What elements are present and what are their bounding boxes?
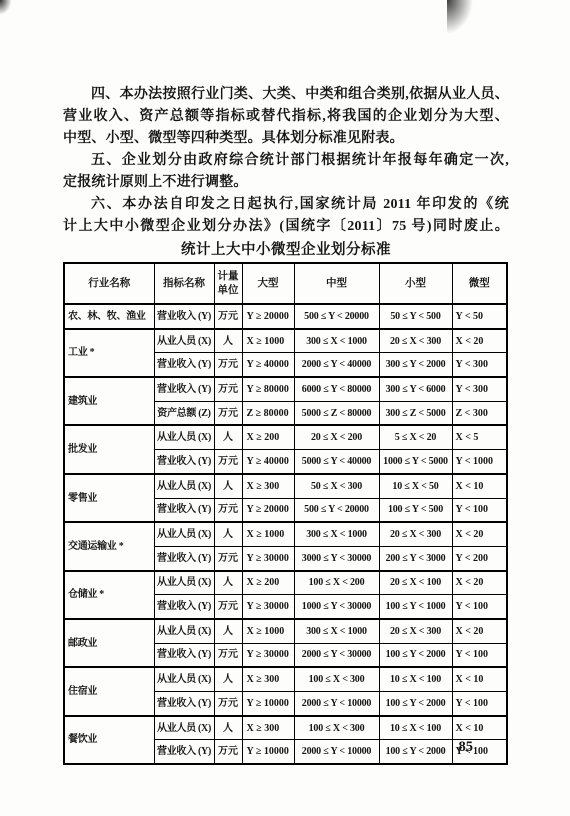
unit-cell: 万元 (214, 450, 242, 474)
micro-cell: Y < 100 (452, 595, 507, 619)
micro-cell: Y < 300 (452, 353, 507, 377)
micro-cell: X < 20 (452, 571, 507, 595)
large-cell: X ≥ 1000 (242, 619, 294, 643)
medium-cell: 300 ≤ X < 1000 (294, 619, 379, 643)
unit-cell: 万元 (214, 304, 242, 329)
classification-table: 行业名称指标名称计量单位大型中型小型微型 农、林、牧、渔业营业收入 (Y)万元Y… (63, 262, 508, 765)
column-header-4: 中型 (294, 263, 379, 304)
industry-name-cell: 交通运输业 * (64, 522, 154, 570)
large-cell: X ≥ 200 (242, 425, 294, 449)
unit-cell: 人 (214, 425, 242, 449)
unit-cell: 人 (214, 619, 242, 643)
large-cell: X ≥ 300 (242, 474, 294, 498)
micro-cell: X < 20 (452, 619, 507, 643)
column-header-1: 指标名称 (154, 263, 214, 304)
medium-cell: 500 ≤ Y < 20000 (294, 304, 379, 329)
table-row: 零售业从业人员 (X)人X ≥ 30050 ≤ X < 30010 ≤ X < … (64, 474, 507, 498)
industry-name-cell: 住宿业 (64, 667, 154, 715)
small-cell: 200 ≤ Y < 3000 (379, 546, 452, 570)
indicator-cell: 从业人员 (X) (154, 571, 214, 595)
industry-name-cell: 工业 * (64, 329, 154, 377)
unit-cell: 万元 (214, 546, 242, 570)
large-cell: X ≥ 200 (242, 571, 294, 595)
unit-cell: 万元 (214, 692, 242, 716)
table-row: 农、林、牧、渔业营业收入 (Y)万元Y ≥ 20000500 ≤ Y < 200… (64, 304, 507, 329)
indicator-cell: 从业人员 (X) (154, 474, 214, 498)
indicator-cell: 资产总额 (Z) (154, 401, 214, 425)
industry-name-cell: 批发业 (64, 425, 154, 473)
indicator-cell: 从业人员 (X) (154, 667, 214, 691)
table-title: 统计上大中小微型企业划分标准 (63, 239, 509, 261)
small-cell: 5 ≤ X < 20 (379, 425, 452, 449)
large-cell: Y ≥ 80000 (242, 377, 294, 401)
indicator-cell: 营业收入 (Y) (154, 498, 214, 522)
small-cell: 100 ≤ Y < 500 (379, 498, 452, 522)
unit-cell: 人 (214, 667, 242, 691)
scan-smudge-icon (447, 0, 473, 34)
unit-cell: 万元 (214, 353, 242, 377)
micro-cell: Y < 100 (452, 692, 507, 716)
scan-smudge-icon (0, 0, 11, 14)
medium-cell: 2000 ≤ Y < 10000 (294, 692, 379, 716)
industry-name-cell: 仓储业 * (64, 571, 154, 619)
industry-name-cell: 建筑业 (64, 377, 154, 425)
large-cell: X ≥ 1000 (242, 522, 294, 546)
large-cell: X ≥ 1000 (242, 329, 294, 353)
paragraph-line: 计上大中小微型企业划分办法》(国统字〔2011〕75 号)同时废止。 (63, 216, 509, 238)
medium-cell: 1000 ≤ Y < 30000 (294, 595, 379, 619)
indicator-cell: 从业人员 (X) (154, 522, 214, 546)
large-cell: Y ≥ 30000 (242, 595, 294, 619)
medium-cell: 5000 ≤ Y < 40000 (294, 450, 379, 474)
large-cell: Y ≥ 20000 (242, 498, 294, 522)
small-cell: 50 ≤ Y < 500 (379, 304, 452, 329)
table-row: 批发业从业人员 (X)人X ≥ 20020 ≤ X < 2005 ≤ X < 2… (64, 425, 507, 449)
indicator-cell: 从业人员 (X) (154, 425, 214, 449)
small-cell: 20 ≤ X < 300 (379, 619, 452, 643)
medium-cell: 5000 ≤ Z < 80000 (294, 401, 379, 425)
table-row: 工业 *从业人员 (X)人X ≥ 1000300 ≤ X < 100020 ≤ … (64, 329, 507, 353)
micro-cell: Y < 1000 (452, 450, 507, 474)
unit-cell: 人 (214, 522, 242, 546)
large-cell: Y ≥ 20000 (242, 304, 294, 329)
indicator-cell: 营业收入 (Y) (154, 595, 214, 619)
large-cell: Y ≥ 40000 (242, 450, 294, 474)
table-row: 仓储业 *从业人员 (X)人X ≥ 200100 ≤ X < 20020 ≤ X… (64, 571, 507, 595)
paragraph-line: 六、本办法自印发之日起执行,国家统计局 2011 年印发的《统 (63, 194, 509, 216)
unit-cell: 万元 (214, 595, 242, 619)
small-cell: 100 ≤ Y < 2000 (379, 643, 452, 667)
unit-cell: 万元 (214, 377, 242, 401)
small-cell: 20 ≤ X < 300 (379, 329, 452, 353)
table-row: 住宿业从业人员 (X)人X ≥ 300100 ≤ X < 30010 ≤ X <… (64, 667, 507, 691)
medium-cell: 100 ≤ X < 200 (294, 571, 379, 595)
micro-cell: Y < 200 (452, 546, 507, 570)
column-header-5: 小型 (379, 263, 452, 304)
paragraph-line: 四、本办法按照行业门类、大类、中类和组合类别,依据从业人员、 (63, 84, 509, 106)
small-cell: 300 ≤ Z < 5000 (379, 401, 452, 425)
medium-cell: 500 ≤ Y < 20000 (294, 498, 379, 522)
table-row: 建筑业营业收入 (Y)万元Y ≥ 800006000 ≤ Y < 8000030… (64, 377, 507, 401)
column-header-3: 大型 (242, 263, 294, 304)
micro-cell: Y < 100 (452, 643, 507, 667)
micro-cell: X < 10 (452, 667, 507, 691)
micro-cell: X < 20 (452, 329, 507, 353)
unit-cell: 人 (214, 571, 242, 595)
micro-cell: Z < 300 (452, 401, 507, 425)
small-cell: 300 ≤ Y < 2000 (379, 353, 452, 377)
table-row: 邮政业从业人员 (X)人X ≥ 1000300 ≤ X < 100020 ≤ X… (64, 619, 507, 643)
unit-cell: 人 (214, 474, 242, 498)
medium-cell: 2000 ≤ Y < 30000 (294, 643, 379, 667)
indicator-cell: 从业人员 (X) (154, 619, 214, 643)
small-cell: 20 ≤ X < 100 (379, 571, 452, 595)
indicator-cell: 营业收入 (Y) (154, 304, 214, 329)
small-cell: 10 ≤ X < 50 (379, 474, 452, 498)
micro-cell: Y < 100 (452, 498, 507, 522)
column-header-6: 微型 (452, 263, 507, 304)
unit-cell: 万元 (214, 643, 242, 667)
industry-name-cell: 邮政业 (64, 619, 154, 667)
large-cell: Y ≥ 10000 (242, 692, 294, 716)
indicator-cell: 营业收入 (Y) (154, 692, 214, 716)
table-row: 交通运输业 *从业人员 (X)人X ≥ 1000300 ≤ X < 100020… (64, 522, 507, 546)
small-cell: 300 ≤ Y < 6000 (379, 377, 452, 401)
micro-cell: X < 5 (452, 425, 507, 449)
column-header-2: 计量单位 (214, 263, 242, 304)
indicator-cell: 从业人员 (X) (154, 329, 214, 353)
large-cell: Y ≥ 40000 (242, 353, 294, 377)
medium-cell: 2000 ≤ Y < 40000 (294, 353, 379, 377)
paragraph-line: 中型、小型、微型等四种类型。具体划分标准见附表。 (63, 128, 509, 150)
medium-cell: 20 ≤ X < 200 (294, 425, 379, 449)
small-cell: 100 ≤ Y < 1000 (379, 595, 452, 619)
medium-cell: 100 ≤ X < 300 (294, 667, 379, 691)
indicator-cell: 营业收入 (Y) (154, 377, 214, 401)
table-body: 农、林、牧、渔业营业收入 (Y)万元Y ≥ 20000500 ≤ Y < 200… (64, 304, 507, 764)
indicator-cell: 营业收入 (Y) (154, 643, 214, 667)
indicator-cell: 营业收入 (Y) (154, 353, 214, 377)
page-number: 85 (63, 736, 473, 758)
small-cell: 1000 ≤ Y < 5000 (379, 450, 452, 474)
small-cell: 10 ≤ X < 100 (379, 667, 452, 691)
medium-cell: 300 ≤ X < 1000 (294, 522, 379, 546)
industry-name-cell: 零售业 (64, 474, 154, 522)
page-body: 四、本办法按照行业门类、大类、中类和组合类别,依据从业人员、 营业收入、资产总额… (63, 84, 509, 765)
medium-cell: 3000 ≤ Y < 30000 (294, 546, 379, 570)
large-cell: Y ≥ 30000 (242, 643, 294, 667)
micro-cell: X < 20 (452, 522, 507, 546)
micro-cell: Y < 50 (452, 304, 507, 329)
medium-cell: 6000 ≤ Y < 80000 (294, 377, 379, 401)
indicator-cell: 营业收入 (Y) (154, 450, 214, 474)
micro-cell: Y < 300 (452, 377, 507, 401)
unit-cell: 人 (214, 329, 242, 353)
small-cell: 20 ≤ X < 300 (379, 522, 452, 546)
paragraph-line: 营业收入、资产总额等指标或替代指标,将我国的企业划分为大型、 (63, 106, 509, 128)
unit-cell: 万元 (214, 401, 242, 425)
medium-cell: 50 ≤ X < 300 (294, 474, 379, 498)
indicator-cell: 营业收入 (Y) (154, 546, 214, 570)
paragraph-line: 五、企业划分由政府综合统计部门根据统计年报每年确定一次, (63, 150, 509, 172)
small-cell: 100 ≤ Y < 2000 (379, 692, 452, 716)
column-header-0: 行业名称 (64, 263, 154, 304)
medium-cell: 300 ≤ X < 1000 (294, 329, 379, 353)
unit-cell: 万元 (214, 498, 242, 522)
paragraph-line: 定报统计原则上不进行调整。 (63, 172, 509, 194)
large-cell: X ≥ 300 (242, 667, 294, 691)
table-head: 行业名称指标名称计量单位大型中型小型微型 (64, 263, 507, 304)
industry-name-cell: 农、林、牧、渔业 (64, 304, 154, 329)
large-cell: Y ≥ 30000 (242, 546, 294, 570)
micro-cell: X < 10 (452, 474, 507, 498)
large-cell: Z ≥ 80000 (242, 401, 294, 425)
